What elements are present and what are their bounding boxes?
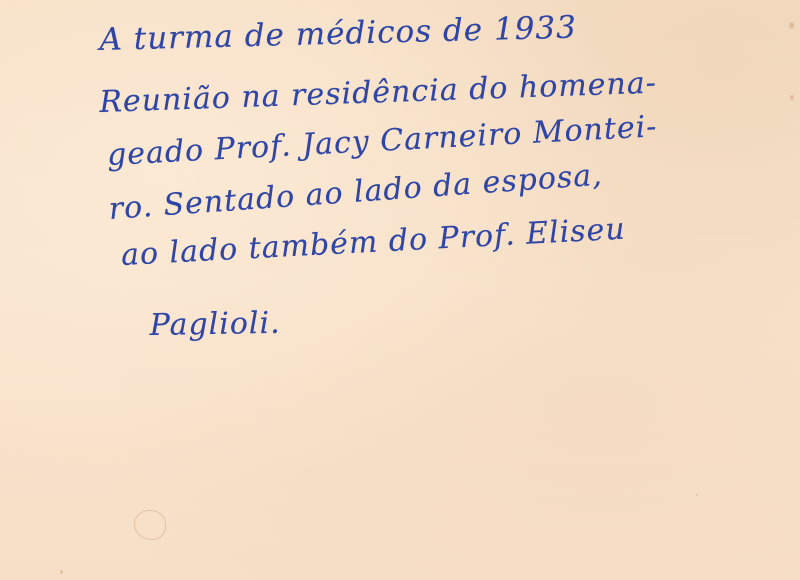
note-line-2: Reunião na residência do homena- bbox=[99, 66, 658, 120]
note-line-1: A turma de médicos de 1933 bbox=[99, 10, 577, 58]
paper-stain bbox=[134, 510, 166, 540]
paper-stain bbox=[60, 570, 63, 574]
paper-stain bbox=[789, 22, 794, 29]
note-line-6: Paglioli. bbox=[149, 306, 280, 343]
paper-stain bbox=[790, 95, 794, 100]
note-paper: A turma de médicos de 1933 Reunião na re… bbox=[0, 0, 800, 580]
paper-stain bbox=[696, 494, 698, 496]
